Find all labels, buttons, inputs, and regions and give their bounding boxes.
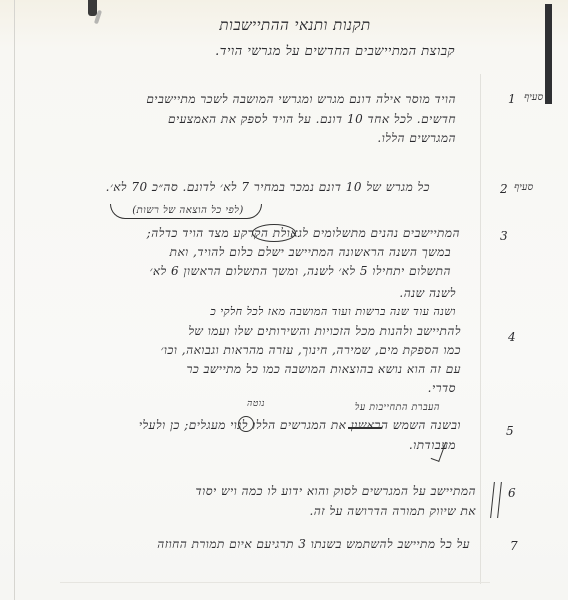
item-5-annotation-word: נוטה (235, 398, 265, 409)
item-margin-label-2: סעיף (514, 182, 533, 193)
item-number-3: 3 (500, 229, 508, 243)
item-5-annotation-above: העברת התחייבות על (270, 402, 440, 413)
item-number-1: 1 (508, 92, 516, 106)
item-2-annotation: (לפי כל הוצאה של רשות) (128, 205, 248, 216)
item-6-line-2: את שיווק תמורה הדרושה על זה. (250, 504, 476, 519)
scan-edge-bar (545, 4, 552, 104)
item-4-line-2: להתיישב ולהנות מכל הזכויות והשירותים שלו… (66, 324, 461, 339)
item-margin-label-1: סעיף (524, 92, 543, 103)
item-4-line-3: כמו הספקת מים, שמירה, חינוך, עזרה מהראות… (66, 343, 461, 358)
item-number-6: 6 (508, 486, 516, 500)
margin-rule (480, 74, 481, 584)
item-3-line-2: במשך השנה הראשונה המתיישב ישלם כלום להוי… (66, 245, 451, 260)
item-4-line-1: ושנה עוד שנה ברשות ועוד המושבה מאז לכל ח… (86, 305, 456, 318)
item-5-line-1: ובשנה השמש הראשון את המגרשים הללו לגוי מ… (66, 418, 461, 433)
item-3-line-3: התשלום יתחילו 5 לא׳ לשנה, ומשך התשלום הר… (66, 264, 451, 279)
page-left-edge (14, 0, 15, 600)
bottom-rule (60, 582, 490, 583)
scan-smudge (88, 0, 97, 16)
item-5-strikethrough (348, 427, 382, 429)
item-number-7: 7 (510, 539, 518, 553)
scanned-page: תקנות ותנאי ההתיישבות קבוצת המתיישבים הח… (0, 0, 568, 600)
item-1-line-2: חדשים. לכל אחד 10 דונם. על הויד לספק את … (92, 112, 456, 127)
document-title: תקנות ותנאי ההתיישבות (180, 16, 410, 35)
document-subtitle: קבוצת המתיישבים החדשים על מגרשי הויד. (120, 43, 455, 59)
item-3-line-4: לשנה שנה. (300, 286, 456, 301)
item-4-line-3: עם זה הוא נושא בהוצאות המושבה כמו כל מתי… (66, 362, 461, 377)
item-number-5: 5 (506, 424, 514, 438)
item-6-margin-double-bar (490, 482, 502, 518)
item-3-circled-word (252, 224, 296, 242)
item-7-line-1: על כל מתיישב להשתמש בשנתו 3 תרגיעם איום … (70, 537, 470, 552)
item-number-2: 2 (500, 182, 508, 196)
item-1-line-1: הויד מוסר אילה דונם מגרש ומגרשי המושבה ל… (66, 92, 456, 107)
item-1-line-3: המגרשים הללו. (250, 131, 456, 146)
item-5-circled-mark (238, 416, 254, 432)
item-2-line-1: כל מגרש של 10 דונם נמכר במחיר 7 לא׳ לדונ… (110, 180, 430, 195)
item-6-line-1: המתיישב על המגרשים לסוק והוא ידוע לו כמה… (66, 484, 476, 499)
item-number-4: 4 (508, 330, 516, 344)
item-4-line-5: סדרי. (400, 381, 456, 396)
